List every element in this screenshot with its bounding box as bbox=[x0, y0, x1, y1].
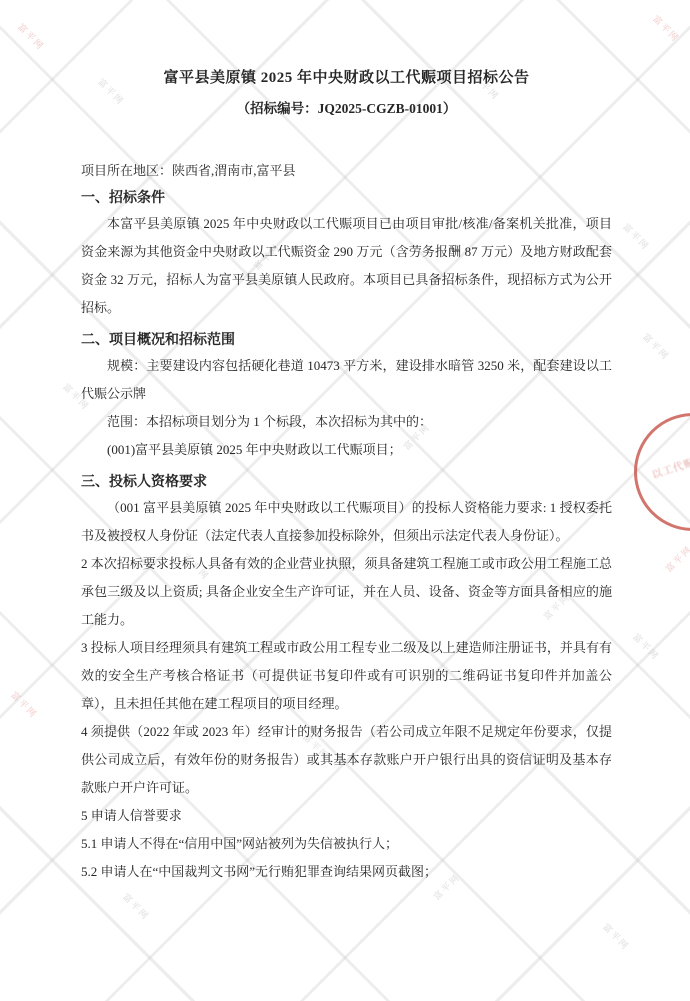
section-heading-bidding-conditions: 一、招标条件 bbox=[81, 190, 612, 208]
paragraph: (001)富平县美原镇 2025 年中央财政以工代赈项目； bbox=[81, 436, 612, 464]
watermark-stamp: 富平网 bbox=[662, 542, 690, 575]
paragraph: 5.1 申请人不得在“信用中国”网站被列为失信被执行人； bbox=[81, 830, 612, 858]
paragraph: 本富平县美原镇 2025 年中央财政以工代赈项目已由项目审批/核准/备案机关批准… bbox=[81, 210, 612, 322]
section-heading-bidder-qualifications: 三、投标人资格要求 bbox=[81, 474, 612, 492]
watermark-stamp: 富平网 bbox=[8, 688, 41, 721]
paragraph: 范围：本招标项目划分为 1 个标段，本次招标为其中的： bbox=[81, 408, 612, 436]
watermark-stamp: 富平网 bbox=[650, 12, 683, 45]
scanned-tender-announcement-page: { "page": { "title": "富平县美原镇 2025 年中央财政以… bbox=[0, 0, 690, 1001]
tender-number: （招标编号：JQ2025-CGZB-01001） bbox=[81, 100, 612, 118]
document-body: 富平县美原镇 2025 年中央财政以工代赈项目招标公告 （招标编号：JQ2025… bbox=[81, 68, 612, 886]
seal-inner-mark: 以工代赈 bbox=[650, 454, 690, 482]
paragraph: 4 须提供（2022 年或 2023 年）经审计的财务报告（若公司成立年限不足规… bbox=[81, 718, 612, 802]
project-location: 项目所在地区：陕西省,渭南市,富平县 bbox=[81, 162, 612, 180]
watermark-stamp: 富平网 bbox=[120, 890, 153, 923]
paragraph: 规模：主要建设内容包括硬化巷道 10473 平方米，建设排水暗管 3250 米，… bbox=[81, 352, 612, 408]
watermark-stamp: 富平网 bbox=[15, 20, 48, 53]
paragraph: （001 富平县美原镇 2025 年中央财政以工代赈项目）的投标人资格能力要求:… bbox=[81, 494, 612, 550]
watermark-stamp: 富平网 bbox=[640, 330, 673, 363]
paragraph: 5 申请人信誉要求 bbox=[81, 802, 612, 830]
paragraph: 3 投标人项目经理须具有建筑工程或市政公用工程专业二级及以上建造师注册证书，并具… bbox=[81, 634, 612, 718]
official-seal: 以工代赈 bbox=[634, 413, 690, 531]
watermark-stamp: 富平网 bbox=[600, 920, 633, 953]
document-title: 富平县美原镇 2025 年中央财政以工代赈项目招标公告 bbox=[81, 68, 612, 88]
watermark-stamp: 富平网 bbox=[620, 220, 653, 253]
paragraph: 5.2 申请人在“中国裁判文书网”无行贿犯罪查询结果网页截图； bbox=[81, 858, 612, 886]
paragraph: 2 本次招标要求投标人具备有效的企业营业执照，须具备建筑工程施工或市政公用工程施… bbox=[81, 550, 612, 634]
watermark-stamp: 富平网 bbox=[630, 630, 663, 663]
section-heading-project-overview: 二、项目概况和招标范围 bbox=[81, 332, 612, 350]
